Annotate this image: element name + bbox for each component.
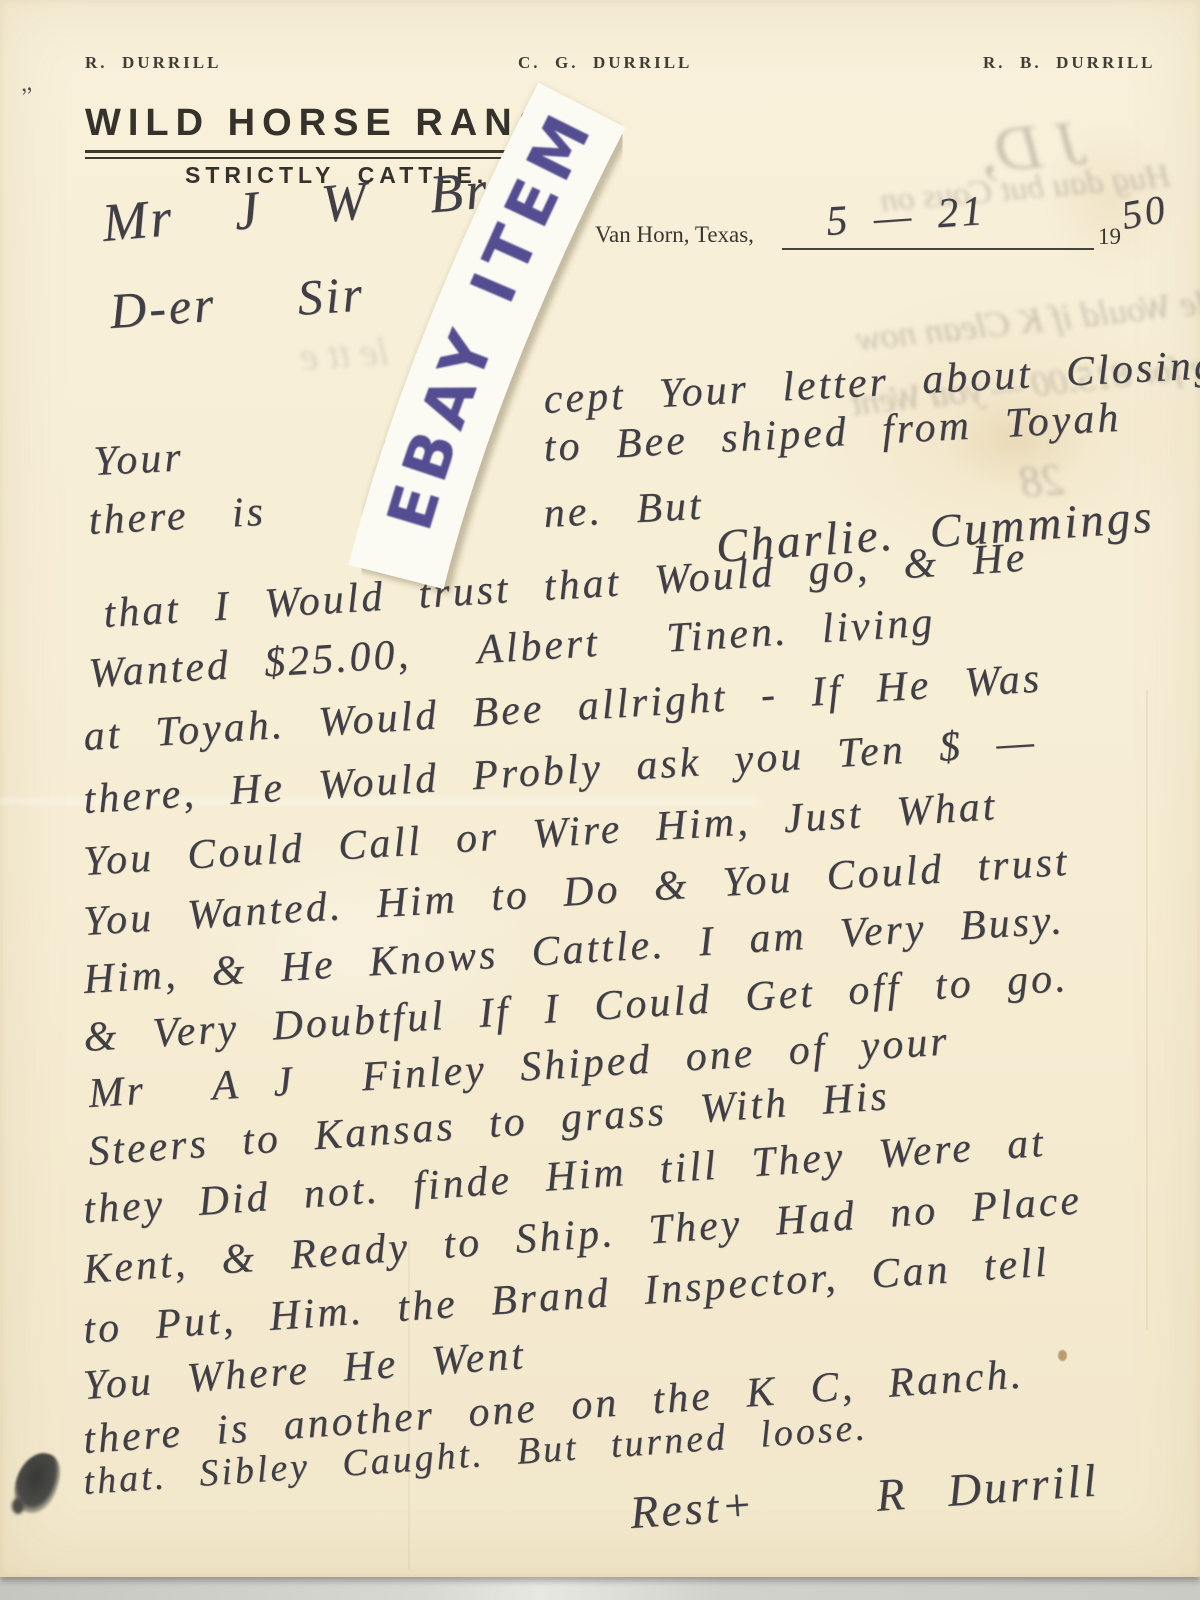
ebay-item-text: EBAY ITEM: [373, 96, 609, 538]
letterhead-name-left: R. DURRILL: [85, 53, 221, 73]
letterhead-name-right: R. B. DURRILL: [983, 53, 1156, 73]
letterhead-name-center: C. G. DURRILL: [518, 53, 692, 73]
vertical-crease: [1146, 690, 1148, 1330]
dateline-year-prefix: 19: [1098, 224, 1121, 250]
paper-fleck: [1058, 1350, 1067, 1361]
handwritten-line: there is: [87, 488, 267, 545]
ebay-item-strip: EBAY ITEM: [330, 75, 660, 605]
scanned-letter-page: J D, Hug dau but Cous on said He Would i…: [0, 0, 1200, 1600]
handwritten-year: 50: [1118, 185, 1171, 239]
ebay-item-textpath: EBAY ITEM: [373, 96, 609, 538]
ink-smudge-small: [12, 1498, 24, 1514]
dateline-rule: [782, 248, 1094, 250]
